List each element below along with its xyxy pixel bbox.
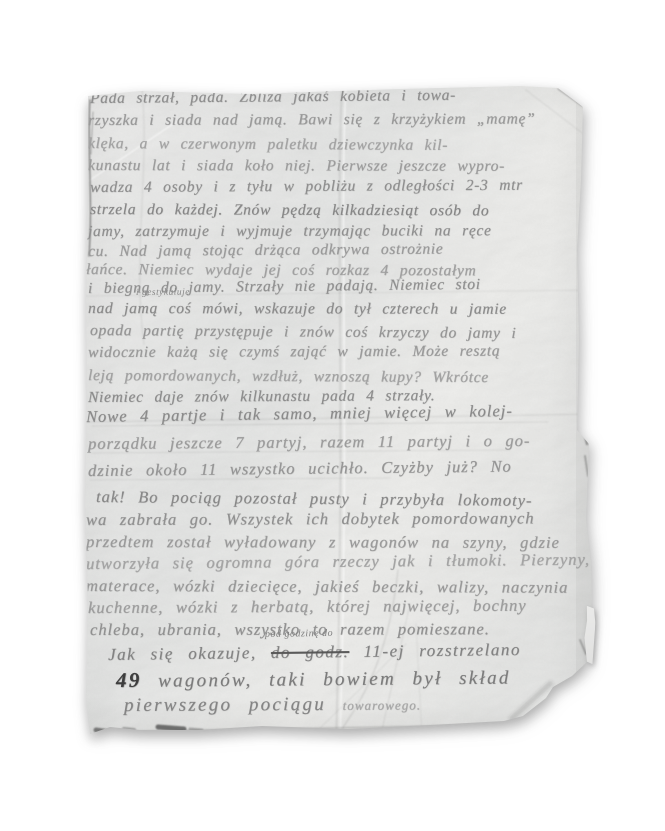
- handwriting-line: 49 wagonów, taki bowiem był skład: [116, 667, 511, 691]
- handwriting-line: jamy, zatrzymuje i wyjmuje trzymając buc…: [88, 223, 492, 239]
- handwriting-line: nad jamą coś mówi, wskazuje do tył czter…: [88, 301, 507, 317]
- handwriting-line: strzela do każdej. Znów pędzą kilkadzies…: [90, 202, 489, 219]
- interline-insertion: i gestykuluje: [136, 288, 190, 298]
- handwriting-line: materace, wózki dziecięce, jakieś beczki…: [86, 578, 568, 596]
- handwriting-line: dzinie około 11 wszystko ucichło. Czyżby…: [88, 459, 512, 480]
- handwriting-line: porządku jeszcze 7 partyj, razem 11 part…: [88, 433, 530, 453]
- handwriting-line: opada partię przystępuje i znów coś krzy…: [90, 323, 517, 341]
- handwriting-line: Jak się okazuje, do godz. 11-ej rozstrze…: [108, 641, 521, 663]
- handwriting-line: utworzyła się ogromna góra rzeczy jak i …: [86, 552, 590, 573]
- handwriting-line: rzyszka i siada nad jamą. Bawi się z krz…: [88, 111, 535, 128]
- struck-out-word: do godz.: [271, 642, 350, 662]
- handwriting-line: widocznie każą się czymś zająć w jamie. …: [88, 344, 500, 361]
- handwriting-line: pierwszego pociągu towarowego.: [124, 694, 421, 715]
- handwriting-layer: Pada strzał, pada. Zbliża jakaś kobieta …: [80, 84, 602, 746]
- line-pre-text: Jak się okazuje,: [108, 643, 271, 664]
- handwriting-line: Pada strzał, pada. Zbliża jakaś kobieta …: [90, 88, 456, 107]
- interline-insertion: pod godzinę do: [265, 628, 333, 640]
- line-post-text: 11-ej rozstrzelano: [349, 640, 521, 661]
- handwriting-line: przedtem został wyładowany z wagonów na …: [86, 534, 560, 551]
- handwriting-line: leją pomordowanych, wzdłuż, wznoszą kupy…: [88, 368, 489, 386]
- handwriting-line: tak! Bo pociąg pozostał pusty i przybyła…: [96, 489, 533, 509]
- line-post-text: wagonów, taki bowiem był skład: [141, 668, 510, 692]
- scanned-document-canvas: Pada strzał, pada. Zbliża jakaś kobieta …: [0, 0, 665, 831]
- wagon-count-number: 49: [116, 668, 142, 692]
- handwriting-line: cu. Nad jamą stojąc drżąca odkrywa ostro…: [88, 242, 443, 260]
- handwriting-line: kunastu lat i siada koło niej. Pierwsze …: [88, 158, 505, 174]
- handwriting-line: kuchenne, wózki z herbatą, której najwię…: [88, 598, 527, 617]
- manuscript-paper: Pada strzał, pada. Zbliża jakaś kobieta …: [80, 84, 602, 746]
- small-appended-word: towarowego.: [343, 697, 422, 712]
- handwriting-line: Nowe 4 partje i tak samo, mniej więcej w…: [86, 403, 513, 425]
- line-main-text: pierwszego pociągu: [124, 694, 343, 716]
- handwriting-line: klęka, a w czerwonym paletku dziewczynka…: [88, 136, 448, 153]
- handwriting-line: wadza 4 osoby i z tyłu w pobliżu z odleg…: [90, 178, 523, 196]
- handwriting-line: wa zabrała go. Wszystek ich dobytek pomo…: [86, 510, 535, 528]
- paper-shadow: Pada strzał, pada. Zbliża jakaś kobieta …: [0, 0, 665, 831]
